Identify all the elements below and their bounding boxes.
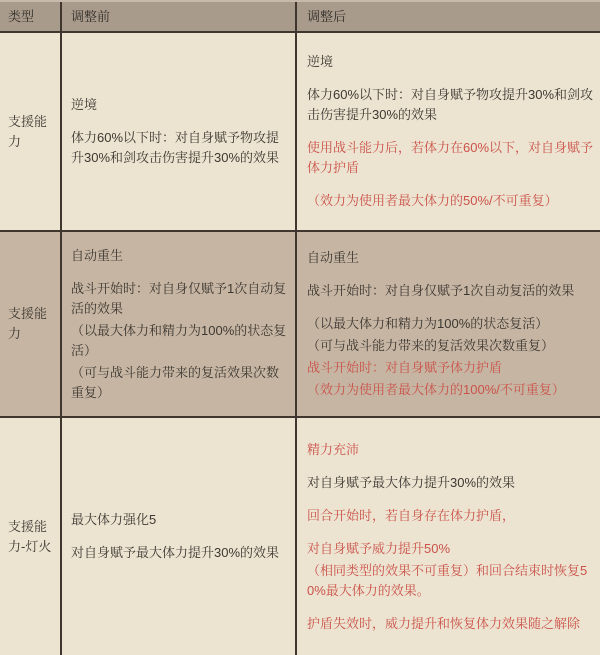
- cell-paragraph: 对自身赋予最大体力提升30%的效果: [71, 543, 289, 563]
- after-cell: 自动重生战斗开始时：对自身仅赋予1次自动复活的效果（以最大体力和精力为100%的…: [297, 232, 600, 416]
- table-row: 支援能力自动重生战斗开始时：对自身仅赋予1次自动复活的效果（以最大体力和精力为1…: [0, 232, 600, 418]
- cell-paragraph: （相同类型的效果不可重复）和回合结束时恢复50%最大体力的效果。: [307, 561, 596, 601]
- type-label: 支援能力: [8, 112, 58, 152]
- cell-paragraph: 自动重生: [71, 246, 289, 266]
- ability-adjustment-table: 类型 调整前 调整后 支援能力逆境体力60%以下时：对自身赋予物攻提升30%和剑…: [0, 0, 600, 655]
- cell-paragraph: 逆境: [71, 95, 289, 115]
- after-cell: 精力充沛对自身赋予最大体力提升30%的效果回合开始时，若自身存在体力护盾，对自身…: [297, 418, 600, 655]
- type-cell: 支援能力: [0, 33, 62, 230]
- header-before: 调整前: [62, 2, 297, 31]
- header-after: 调整后: [297, 2, 600, 31]
- cell-paragraph: 对自身赋予最大体力提升30%的效果: [307, 473, 596, 493]
- cell-paragraph: （可与战斗能力带来的复活效果次数重复）: [307, 336, 596, 356]
- cell-paragraph: （效力为使用者最大体力的100%/不可重复）: [307, 380, 596, 400]
- cell-paragraph: （可与战斗能力带来的复活效果次数重复）: [71, 363, 289, 403]
- cell-paragraph: （效力为使用者最大体力的50%/不可重复）: [307, 191, 596, 211]
- table-row: 支援能力-灯火最大体力强化5对自身赋予最大体力提升30%的效果精力充沛对自身赋予…: [0, 418, 600, 655]
- table-row: 支援能力逆境体力60%以下时：对自身赋予物攻提升30%和剑攻击伤害提升30%的效…: [0, 33, 600, 232]
- type-label: 支援能力: [8, 304, 58, 344]
- cell-paragraph: 体力60%以下时：对自身赋予物攻提升30%和剑攻击伤害提升30%的效果: [71, 128, 289, 168]
- cell-paragraph: 体力60%以下时：对自身赋予物攻提升30%和剑攻击伤害提升30%的效果: [307, 85, 596, 125]
- before-cell: 最大体力强化5对自身赋予最大体力提升30%的效果: [62, 418, 297, 655]
- cell-paragraph: 最大体力强化5: [71, 510, 289, 530]
- table-header-row: 类型 调整前 调整后: [0, 0, 600, 33]
- after-cell: 逆境体力60%以下时：对自身赋予物攻提升30%和剑攻击伤害提升30%的效果使用战…: [297, 33, 600, 230]
- cell-paragraph: 战斗开始时：对自身仅赋予1次自动复活的效果: [307, 281, 596, 301]
- type-cell: 支援能力-灯火: [0, 418, 62, 655]
- cell-paragraph: 自动重生: [307, 248, 596, 268]
- cell-paragraph: 战斗开始时：对自身赋予体力护盾: [307, 358, 596, 378]
- cell-paragraph: （以最大体力和精力为100%的状态复活）: [307, 314, 596, 334]
- cell-paragraph: 回合开始时，若自身存在体力护盾，: [307, 506, 596, 526]
- before-cell: 自动重生战斗开始时：对自身仅赋予1次自动复活的效果（以最大体力和精力为100%的…: [62, 232, 297, 416]
- cell-paragraph: 逆境: [307, 52, 596, 72]
- cell-paragraph: 护盾失效时，威力提升和恢复体力效果随之解除: [307, 614, 596, 634]
- cell-paragraph: 对自身赋予威力提升50%: [307, 539, 596, 559]
- type-cell: 支援能力: [0, 232, 62, 416]
- cell-paragraph: 使用战斗能力后，若体力在60%以下，对自身赋予体力护盾: [307, 138, 596, 178]
- before-cell: 逆境体力60%以下时：对自身赋予物攻提升30%和剑攻击伤害提升30%的效果: [62, 33, 297, 230]
- cell-paragraph: （以最大体力和精力为100%的状态复活）: [71, 321, 289, 361]
- cell-paragraph: 精力充沛: [307, 440, 596, 460]
- header-type: 类型: [0, 2, 62, 31]
- type-label: 支援能力-灯火: [8, 517, 58, 557]
- cell-paragraph: 战斗开始时：对自身仅赋予1次自动复活的效果: [71, 279, 289, 319]
- table-body: 支援能力逆境体力60%以下时：对自身赋予物攻提升30%和剑攻击伤害提升30%的效…: [0, 33, 600, 655]
